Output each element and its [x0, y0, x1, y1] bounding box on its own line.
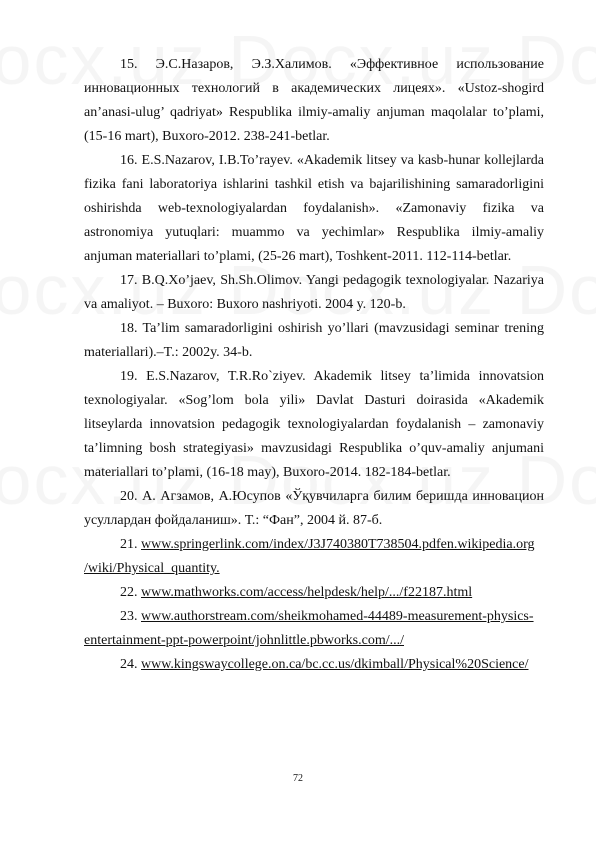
- reference-link[interactable]: www.mathworks.com/access/helpdesk/help/.…: [141, 585, 472, 600]
- reference-item: 22. www.mathworks.com/access/helpdesk/he…: [84, 581, 544, 605]
- reference-number: 15.: [120, 57, 138, 72]
- reference-text: Ta’lim samaradorligini oshirish yo’llari…: [84, 321, 544, 360]
- reference-number: 23.: [120, 609, 138, 624]
- reference-link[interactable]: www.springerlink.com/index/J3J740380T738…: [84, 537, 535, 576]
- reference-text: B.Q.Xo’jaev, Sh.Sh.Olimov. Yangi pedagog…: [84, 273, 544, 312]
- page-number: 72: [0, 773, 596, 784]
- reference-number: 19.: [120, 369, 138, 384]
- reference-item: 21. www.springerlink.com/index/J3J740380…: [84, 533, 544, 581]
- reference-number: 18.: [120, 321, 138, 336]
- reference-number: 22.: [120, 585, 138, 600]
- reference-list: 15. Э.С.Назаров, Э.З.Халимов. «Эффективн…: [84, 53, 544, 677]
- reference-text: E.S.Nazarov, T.R.Ro`ziyev. Akademik lits…: [84, 369, 544, 480]
- reference-number: 20.: [120, 489, 138, 504]
- reference-item: 17. B.Q.Xo’jaev, Sh.Sh.Olimov. Yangi ped…: [84, 269, 544, 317]
- reference-item: 23. www.authorstream.com/sheikmohamed-44…: [84, 605, 544, 653]
- reference-number: 24.: [120, 657, 138, 672]
- reference-link[interactable]: www.kingswaycollege.on.ca/bc.cc.us/dkimb…: [141, 657, 529, 672]
- reference-item: 19. E.S.Nazarov, T.R.Ro`ziyev. Akademik …: [84, 365, 544, 485]
- reference-text: E.S.Nazarov, I.B.To’rayev. «Akademik lit…: [84, 153, 544, 264]
- reference-item: 20. А. Агзамов, А.Юсупов «Ўқувчиларга би…: [84, 485, 544, 533]
- reference-number: 16.: [120, 153, 138, 168]
- reference-link[interactable]: www.authorstream.com/sheikmohamed-44489-…: [84, 609, 534, 648]
- reference-number: 17.: [120, 273, 138, 288]
- reference-text: А. Агзамов, А.Юсупов «Ўқувчиларга билим …: [84, 489, 544, 528]
- reference-item: 16. E.S.Nazarov, I.B.To’rayev. «Akademik…: [84, 149, 544, 269]
- reference-text: Э.С.Назаров, Э.З.Халимов. «Эффективное и…: [84, 57, 544, 144]
- reference-item: 24. www.kingswaycollege.on.ca/bc.cc.us/d…: [84, 653, 544, 677]
- reference-number: 21.: [120, 537, 138, 552]
- reference-item: 18. Ta’lim samaradorligini oshirish yo’l…: [84, 317, 544, 365]
- reference-item: 15. Э.С.Назаров, Э.З.Халимов. «Эффективн…: [84, 53, 544, 149]
